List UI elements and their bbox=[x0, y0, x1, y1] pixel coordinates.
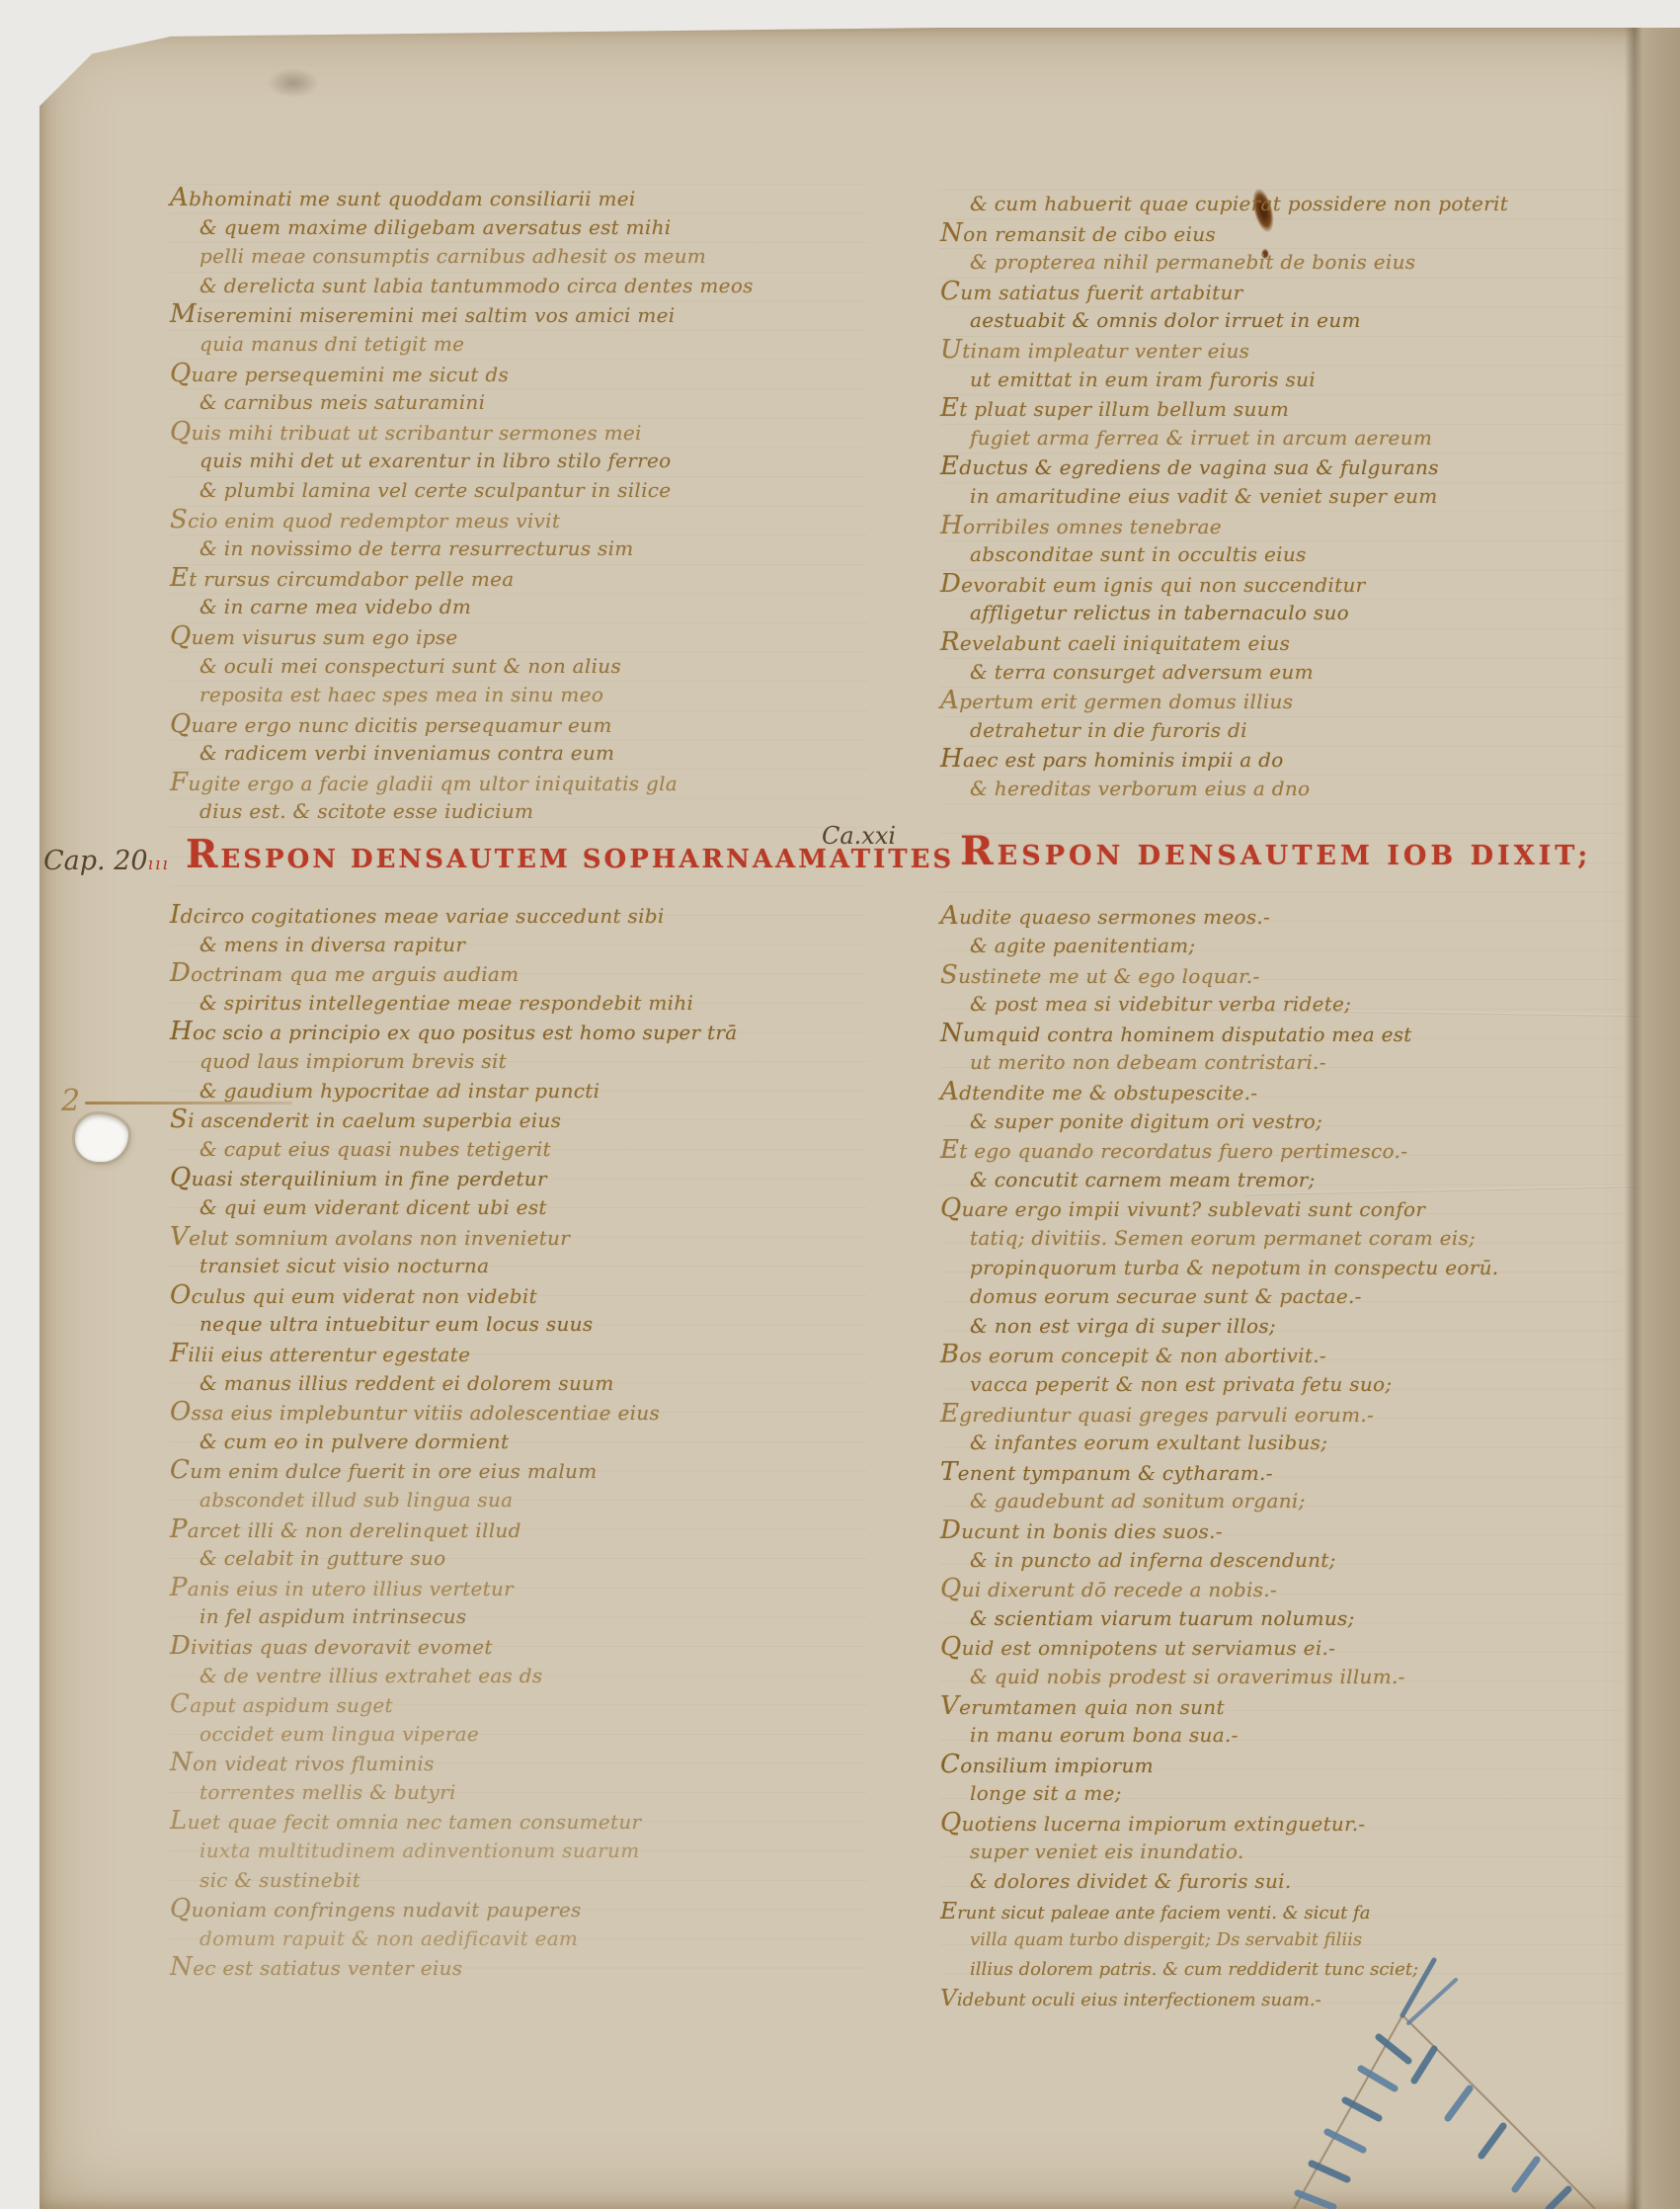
text-line: & radicem verbi inveniamus contra eum bbox=[170, 739, 867, 769]
text-line: abscondet illud sub lingua sua bbox=[170, 1486, 867, 1515]
text-line: aestuabit & omnis dolor irruet in eum bbox=[940, 306, 1622, 336]
text-line: & de ventre illius extrahet eas ds bbox=[170, 1662, 867, 1691]
text-line: & gaudium hypocritae ad instar puncti bbox=[170, 1077, 867, 1106]
text-line: & quid nobis prodest si oraverimus illum… bbox=[940, 1663, 1622, 1692]
text-line: Erunt sicut paleae ante faciem venti. & … bbox=[940, 1897, 1622, 1926]
text-line: tatiq; divitiis. Semen eorum permanet co… bbox=[940, 1224, 1622, 1254]
text-line: & dolores dividet & furoris sui. bbox=[940, 1867, 1622, 1897]
text-line: villa quam turbo dispergit; Ds servabit … bbox=[940, 1925, 1622, 1955]
text-line: Quoniam confringens nudavit pauperes bbox=[170, 1895, 867, 1924]
text-line: absconditae sunt in occultis eius bbox=[940, 540, 1622, 570]
text-line: Idcirco cogitationes meae variae succedu… bbox=[170, 901, 867, 931]
text-line: Devorabit eum ignis qui non succenditur bbox=[940, 570, 1622, 600]
text-line: & gaudebunt ad sonitum organi; bbox=[940, 1487, 1622, 1516]
text-line: Cum enim dulce fuerit in ore eius malum bbox=[170, 1456, 867, 1486]
text-line: & manus illius reddent ei dolorem suum bbox=[170, 1369, 867, 1399]
text-line: Divitias quas devoravit evomet bbox=[170, 1632, 867, 1662]
text-line: in fel aspidum intrinsecus bbox=[170, 1602, 867, 1632]
text-line: Ducunt in bonis dies suos.- bbox=[940, 1516, 1622, 1546]
text-line: Abhominati me sunt quoddam consiliarii m… bbox=[170, 184, 867, 213]
text-line: & quem maxime diligebam aversatus est mi… bbox=[170, 213, 867, 243]
text-line: Utinam impleatur venter eius bbox=[940, 336, 1622, 366]
chapter-note-left-suffix: ııı bbox=[148, 855, 170, 874]
left-text-column: Abhominati me sunt quoddam consiliarii m… bbox=[170, 184, 867, 1983]
text-line: Caput aspidum suget bbox=[170, 1690, 867, 1720]
text-line: Quare ergo nunc dicitis persequamur eum bbox=[170, 710, 867, 740]
text-line: Revelabunt caeli iniquitatem eius bbox=[940, 628, 1622, 658]
text-line: & concutit carnem meam tremor; bbox=[940, 1166, 1622, 1195]
text-line: neque ultra intuebitur eum locus suus bbox=[170, 1310, 867, 1340]
text-line: Apertum erit germen domus illius bbox=[940, 687, 1622, 716]
text-line: Oculus qui eum viderat non videbit bbox=[170, 1281, 867, 1311]
text-line: in manu eorum bona sua.- bbox=[940, 1721, 1622, 1751]
text-line: domum rapuit & non aedificavit eam bbox=[170, 1924, 867, 1954]
text-line: & carnibus meis saturamini bbox=[170, 388, 867, 418]
left-lines-before-rubric: Abhominati me sunt quoddam consiliarii m… bbox=[170, 184, 867, 827]
text-line: Non remansit de cibo eius bbox=[940, 219, 1622, 249]
text-line: Quid est omnipotens ut serviamus ei.- bbox=[940, 1633, 1622, 1663]
page-fore-edge bbox=[1625, 28, 1680, 2209]
text-line: domus eorum securae sunt & pactae.- bbox=[940, 1282, 1622, 1312]
text-line: & qui eum viderant dicent ubi est bbox=[170, 1193, 867, 1223]
text-line: in amaritudine eius vadit & veniet super… bbox=[940, 482, 1622, 512]
text-line: & in carne mea videbo dm bbox=[170, 593, 867, 622]
text-line: & post mea si videbitur verba ridete; bbox=[940, 990, 1622, 1020]
text-line: Cum satiatus fuerit artabitur bbox=[940, 278, 1622, 307]
text-line: Luet quae fecit omnia nec tamen consumet… bbox=[170, 1807, 867, 1837]
text-line: & scientiam viarum tuarum nolumus; bbox=[940, 1604, 1622, 1634]
text-line: Et pluat super illum bellum suum bbox=[940, 394, 1622, 424]
text-line: detrahetur in die furoris di bbox=[940, 716, 1622, 746]
text-line: quod laus impiorum brevis sit bbox=[170, 1047, 867, 1077]
right-lines-after-rubric: Audite quaeso sermones meos.-& agite pae… bbox=[940, 902, 1622, 2013]
text-line: Horribiles omnes tenebrae bbox=[940, 512, 1622, 541]
text-line: & cum eo in pulvere dormient bbox=[170, 1428, 867, 1457]
text-line: Bos eorum concepit & non abortivit.- bbox=[940, 1341, 1622, 1370]
text-line: Consilium impiorum bbox=[940, 1751, 1622, 1780]
text-line: Tenent tympanum & cytharam.- bbox=[940, 1458, 1622, 1488]
text-line: Doctrinam qua me arguis audiam bbox=[170, 959, 867, 989]
text-line: quia manus dni tetigit me bbox=[170, 330, 867, 360]
text-line: Qui dixerunt dō recede a nobis.- bbox=[940, 1575, 1622, 1604]
text-line: sic & sustinebit bbox=[170, 1866, 867, 1896]
right-rubric: RESPON DENSAUTEM IOB DIXIT; bbox=[960, 831, 1622, 876]
text-line: Hoc scio a principio ex quo positus est … bbox=[170, 1018, 867, 1047]
text-line: torrentes mellis & butyri bbox=[170, 1778, 867, 1808]
text-line: Sustinete me ut & ego loquar.- bbox=[940, 961, 1622, 991]
right-text-column: & cum habuerit quae cupierat possidere n… bbox=[940, 190, 1622, 2013]
chapter-note-left: Cap. 20ııı bbox=[43, 846, 170, 876]
text-line: & agite paenitentiam; bbox=[940, 932, 1622, 961]
text-line: Egrediuntur quasi greges parvuli eorum.- bbox=[940, 1400, 1622, 1430]
repair-stitching-graphic bbox=[1205, 1954, 1679, 2209]
text-line: Non videat rivos fluminis bbox=[170, 1749, 867, 1778]
text-line: & cum habuerit quae cupierat possidere n… bbox=[940, 190, 1622, 219]
text-line: occidet eum lingua viperae bbox=[170, 1720, 867, 1750]
text-line: & celabit in gutture suo bbox=[170, 1544, 867, 1574]
text-line: reposita est haec spes mea in sinu meo bbox=[170, 681, 867, 710]
text-line: & caput eius quasi nubes tetigerit bbox=[170, 1135, 867, 1165]
text-line: & propterea nihil permanebit de bonis ei… bbox=[940, 248, 1622, 278]
text-line: fugiet arma ferrea & irruet in arcum aer… bbox=[940, 424, 1622, 453]
text-line: & in novissimo de terra resurrecturus si… bbox=[170, 534, 867, 564]
text-line: Audite quaeso sermones meos.- bbox=[940, 902, 1622, 932]
text-line: Filii eius atterentur egestate bbox=[170, 1340, 867, 1369]
text-line: Adtendite me & obstupescite.- bbox=[940, 1078, 1622, 1107]
text-line: affligetur relictus in tabernaculo suo bbox=[940, 599, 1622, 628]
edge-smudge bbox=[259, 63, 328, 103]
text-line: Quotiens lucerna impiorum extinguetur.- bbox=[940, 1809, 1622, 1839]
text-line: super veniet eis inundatio. bbox=[940, 1838, 1622, 1867]
text-line: Et ego quando recordatus fuero pertimesc… bbox=[940, 1136, 1622, 1166]
text-line: Fugite ergo a facie gladii qm ultor iniq… bbox=[170, 769, 867, 798]
text-line: Quasi sterquilinium in fine perdetur bbox=[170, 1164, 867, 1193]
chapter-note-left-text: Cap. 20 bbox=[43, 846, 148, 876]
text-line: Nec est satiatus venter eius bbox=[170, 1953, 867, 1983]
text-line: Quis mihi tribuat ut scribantur sermones… bbox=[170, 418, 867, 448]
text-line: longe sit a me; bbox=[940, 1779, 1622, 1809]
text-line: & non est virga di super illos; bbox=[940, 1312, 1622, 1342]
text-line: & oculi mei conspecturi sunt & non alius bbox=[170, 652, 867, 682]
text-line: & terra consurget adversum eum bbox=[940, 658, 1622, 688]
text-line: Si ascenderit in caelum superbia eius bbox=[170, 1105, 867, 1135]
repair-stitching bbox=[1205, 1954, 1679, 2209]
manuscript-page: Cap. 20ııı Ca.xxi 2 Abhominati me sunt q… bbox=[40, 28, 1680, 2209]
text-line: Quare persequemini me sicut ds bbox=[170, 360, 867, 389]
text-line: propinquorum turba & nepotum in conspect… bbox=[940, 1254, 1622, 1283]
text-line: Eductus & egrediens de vagina sua & fulg… bbox=[940, 452, 1622, 482]
text-line: Panis eius in utero illius vertetur bbox=[170, 1574, 867, 1603]
text-line: Quare ergo impii vivunt? sublevati sunt … bbox=[940, 1194, 1622, 1224]
text-line: Parcet illi & non derelinquet illud bbox=[170, 1515, 867, 1545]
text-line: ut merito non debeam contristari.- bbox=[940, 1048, 1622, 1078]
right-lines-before-rubric: & cum habuerit quae cupierat possidere n… bbox=[940, 190, 1622, 803]
text-line: & in puncto ad inferna descendunt; bbox=[940, 1546, 1622, 1576]
text-line: vacca peperit & non est privata fetu suo… bbox=[940, 1370, 1622, 1400]
text-line: iuxta multitudinem adinventionum suarum bbox=[170, 1837, 867, 1866]
text-line: dius est. & scitote esse iudicium bbox=[170, 797, 867, 827]
text-line: Miseremini miseremini mei saltim vos ami… bbox=[170, 300, 867, 330]
text-line: pelli meae consumptis carnibus adhesit o… bbox=[170, 242, 867, 272]
text-line: transiet sicut visio nocturna bbox=[170, 1252, 867, 1281]
text-line: Et rursus circumdabor pelle mea bbox=[170, 564, 867, 594]
text-line: ut emittat in eum iram furoris sui bbox=[940, 366, 1622, 395]
text-line: & plumbi lamina vel certe sculpantur in … bbox=[170, 476, 867, 506]
text-line: Haec est pars hominis impii a do bbox=[940, 745, 1622, 775]
text-line: Velut somnium avolans non invenietur bbox=[170, 1223, 867, 1253]
parchment-hole bbox=[75, 1114, 128, 1162]
text-line: & super ponite digitum ori vestro; bbox=[940, 1107, 1622, 1137]
text-line: Verumtamen quia non sunt bbox=[940, 1692, 1622, 1722]
left-lines-after-rubric: Idcirco cogitationes meae variae succedu… bbox=[170, 901, 867, 1983]
text-line: Scio enim quod redemptor meus vivit bbox=[170, 506, 867, 535]
text-line: & derelicta sunt labia tantummodo circa … bbox=[170, 272, 867, 301]
text-line: & spiritus intellegentiae meae respondeb… bbox=[170, 989, 867, 1019]
text-line: Ossa eius implebuntur vitiis adolescenti… bbox=[170, 1398, 867, 1428]
text-line: & infantes eorum exultant lusibus; bbox=[940, 1429, 1622, 1458]
text-line: Quem visurus sum ego ipse bbox=[170, 622, 867, 652]
text-line: Numquid contra hominem disputatio mea es… bbox=[940, 1020, 1622, 1049]
left-rubric: RESPON DENSAUTEM SOPHARNAAMATITES bbox=[186, 837, 867, 877]
text-line: & mens in diversa rapitur bbox=[170, 931, 867, 960]
text-line: & hereditas verborum eius a dno bbox=[940, 775, 1622, 804]
text-line: quis mihi det ut exarentur in libro stil… bbox=[170, 447, 867, 476]
